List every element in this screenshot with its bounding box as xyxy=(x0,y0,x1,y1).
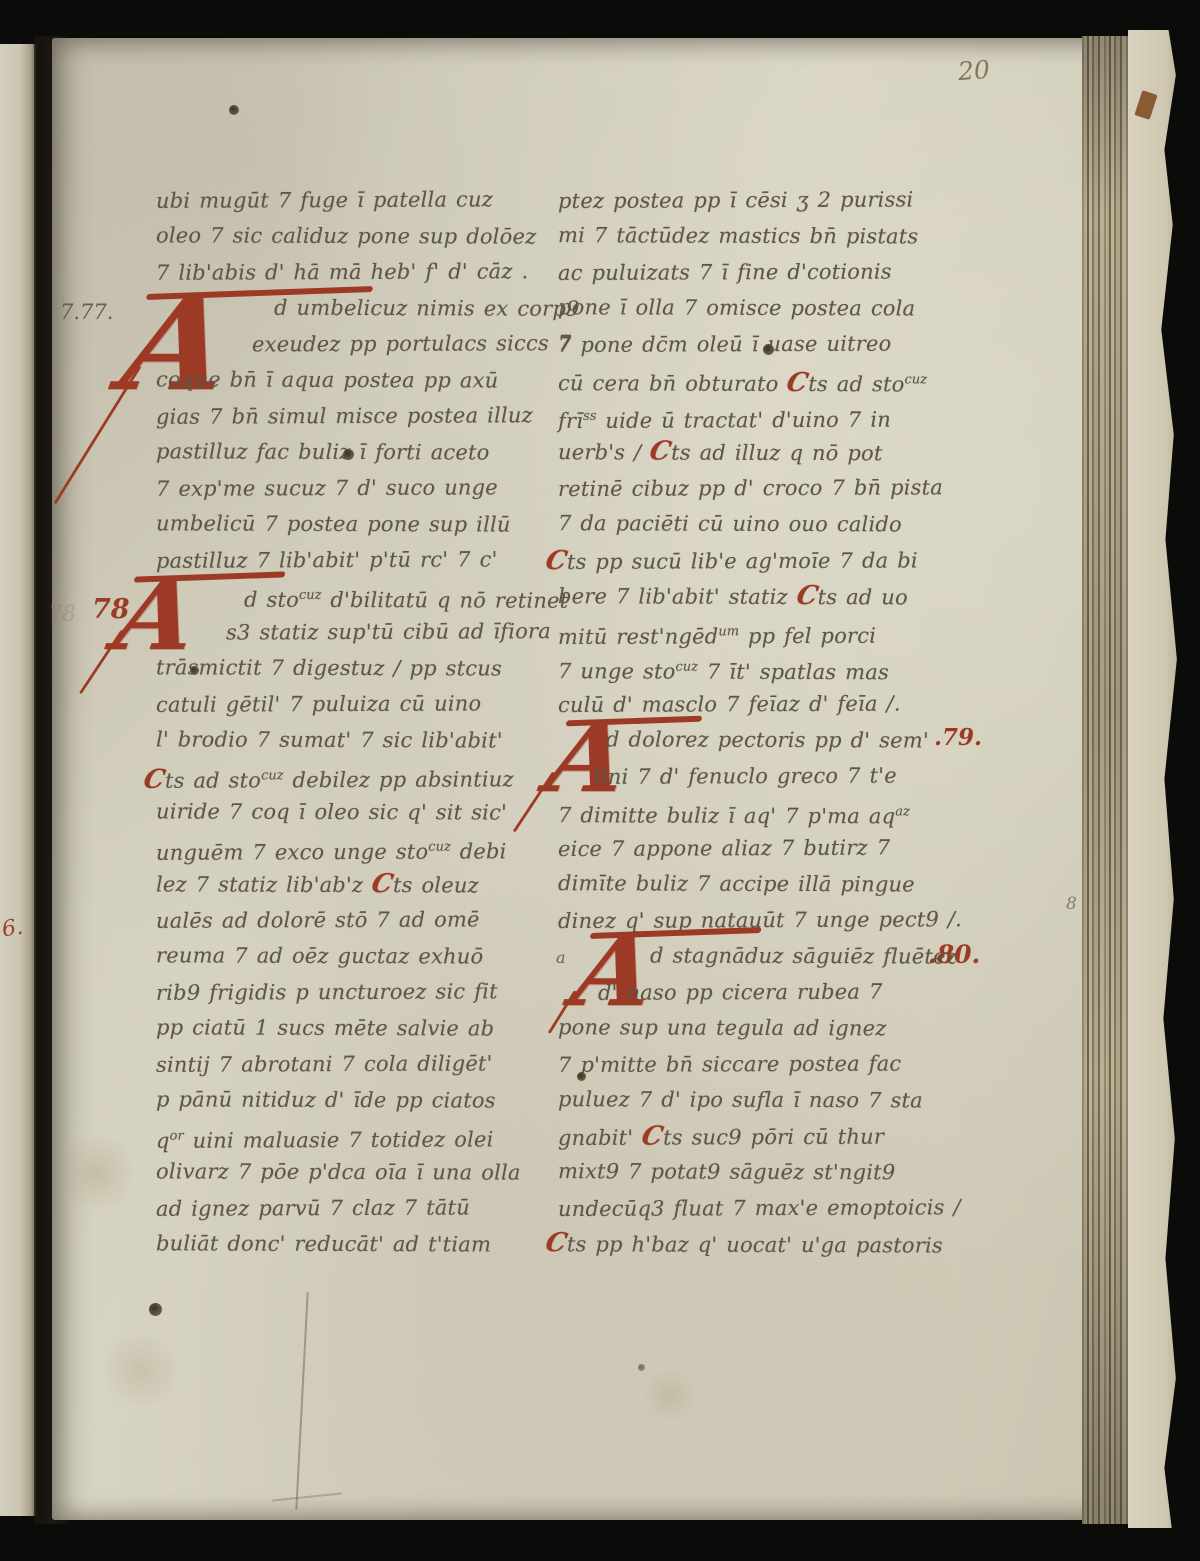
manuscript-line: Cts pp sucū lib'e ag'moīe 7 da bi xyxy=(546,541,1032,579)
manuscript-line: dinez q' sup natauūt 7 unge pect9 /. xyxy=(558,901,1032,939)
text-column-left: ubi mugūt 7 fuge ī patella cuzoleo 7 sic… xyxy=(156,182,548,1262)
manuscript-line: gias 7 bn̄ simul misce postea illuz xyxy=(156,397,548,435)
manuscript-line: lez 7 statiz lib'ab'z Cts oleuz xyxy=(156,865,548,902)
under-page-ragged-edge xyxy=(1128,30,1180,1528)
facing-page-edge xyxy=(0,44,36,1516)
manuscript-line: qor uini maluasie 7 totidez olei xyxy=(156,1117,548,1155)
manuscript-line: rib9 frigidis p uncturoez sic fit xyxy=(156,973,548,1011)
manuscript-line: uiride 7 coq ī oleo sic q' sit sic' xyxy=(156,793,548,830)
manuscript-line: culū d' masclo 7 feīaz d' feīa /. xyxy=(558,685,1032,723)
manuscript-line: d stocuz d'bilitatū q nō retinet xyxy=(156,577,548,614)
manuscript-line: reuma 7 ad oēz guctaz exhuō xyxy=(156,937,548,974)
margin-number-showthrough: 78 xyxy=(48,602,76,627)
wormhole xyxy=(577,1072,586,1081)
manuscript-line: d' naso pp cicera rubea 7 xyxy=(558,973,1032,1011)
manuscript-photo: 20 7.77. 78 78 .79. .80. a 6. 8 A A A A … xyxy=(0,0,1200,1561)
manuscript-line: gnabit' Cts suc9 pōri cū thur xyxy=(558,1117,1032,1155)
manuscript-line: l' brodio 7 sumat' 7 sic lib'abit' xyxy=(156,721,548,758)
manuscript-line: 7 lib'abis d' hā mā heb' f' d' cāz . xyxy=(156,253,548,291)
manuscript-line: d stagnāduz sāguiēz fluētez xyxy=(558,937,1032,975)
folio-number: 20 xyxy=(957,55,991,86)
manuscript-line: 7 pone dc̄m oleū ī uase uitreo xyxy=(558,325,1032,363)
manuscript-line: uerb's / Cts ad illuz q nō pot xyxy=(558,433,1032,471)
manuscript-line: frīss uide ū tractat' d'uino 7 in xyxy=(558,397,1032,435)
manuscript-line: mitū rest'ngēdum pp fel porci xyxy=(558,613,1032,651)
manuscript-line: ualēs ad dolorē stō 7 ad omē xyxy=(156,901,548,939)
manuscript-line: coque bn̄ ī aqua postea pp axū xyxy=(156,361,548,398)
manuscript-line: 7 exp'me sucuz 7 d' suco unge xyxy=(156,469,548,507)
manuscript-line: bere 7 lib'abit' statiz Cts ad uo xyxy=(558,577,1032,615)
manuscript-line: 7 dimitte buliz ī aq' 7 p'ma aqaz xyxy=(558,793,1032,831)
manuscript-line: ubi mugūt 7 fuge ī patella cuz xyxy=(156,181,548,219)
manuscript-line: lini 7 d' fenuclo greco 7 t'e xyxy=(558,757,1032,795)
manuscript-line: undecūq3 fluat 7 max'e emoptoicis / xyxy=(558,1189,1032,1227)
wormhole xyxy=(343,449,354,460)
manuscript-line: pone ī olla 7 omisce postea cola xyxy=(558,289,1032,327)
facing-page-number-fragment: 6. xyxy=(0,915,24,943)
manuscript-line: Cts pp h'baz q' uocat' u'ga pastoris xyxy=(546,1225,1032,1263)
manuscript-line: umbelicū 7 postea pone sup illū xyxy=(156,505,548,542)
manuscript-line: olivarz 7 pōe p'dca oīa ī una olla xyxy=(156,1153,548,1190)
manuscript-line: buliāt donc' reducāt' ad t'tiam xyxy=(156,1225,548,1262)
wormhole xyxy=(149,1303,162,1316)
stain xyxy=(100,1330,180,1410)
manuscript-line: ac puluizats 7 ī fine d'cotionis xyxy=(558,253,1032,291)
wormhole xyxy=(190,666,199,675)
manuscript-line: p pānū nitiduz d' īde pp ciatos xyxy=(156,1081,548,1118)
stain xyxy=(62,1128,132,1218)
manuscript-line: Cts ad stocuz debilez pp absintiuz xyxy=(144,757,548,795)
manuscript-line: d umbelicuz nimis ex corp9 xyxy=(156,289,548,326)
manuscript-line: ad ignez parvū 7 claz 7 tātū xyxy=(156,1189,548,1227)
manuscript-line: mixt9 7 potat9 sāguēz st'ngit9 xyxy=(558,1153,1032,1191)
manuscript-line: 7 p'mitte bn̄ siccare postea fac xyxy=(558,1045,1032,1083)
manuscript-line: exeudez pp portulacs siccs 7 xyxy=(156,325,548,363)
manuscript-line: mi 7 tāctūdez mastics bn̄ pistats xyxy=(558,217,1032,255)
manuscript-line: oleo 7 sic caliduz pone sup dolōez xyxy=(156,217,548,254)
manuscript-line: dimīte buliz 7 accipe illā pingue xyxy=(558,865,1032,903)
manuscript-line: eice 7 appone aliaz 7 butirz 7 xyxy=(558,829,1032,867)
margin-section-number-77: 7.77. xyxy=(60,300,113,324)
manuscript-line: pastilluz 7 lib'abit' p'tū rc' 7 c' xyxy=(156,541,548,579)
wormhole xyxy=(229,105,239,115)
manuscript-line: catuli gētil' 7 puluiza cū uino xyxy=(156,685,548,723)
wormhole xyxy=(638,1364,645,1371)
text-column-right: ptez postea pp ī cēsi ʒ 2 purissimi 7 tā… xyxy=(558,182,1032,1262)
manuscript-line: s3 statiz sup'tū cibū ad īfiora xyxy=(156,613,548,651)
manuscript-line: puluez 7 d' ipo sufla ī naso 7 sta xyxy=(558,1081,1032,1119)
manuscript-line: 7 unge stocuz 7 īt' spatlas mas xyxy=(558,649,1032,687)
manuscript-line: ptez postea pp ī cēsi ʒ 2 purissi xyxy=(558,181,1032,219)
stain xyxy=(640,1370,700,1420)
manuscript-line: trāsmictit 7 digestuz / pp stcus xyxy=(156,649,548,686)
manuscript-line: sintij 7 abrotani 7 cola diligēt' xyxy=(156,1045,548,1083)
wormhole xyxy=(763,344,774,355)
manuscript-line: retinē cibuz pp d' croco 7 bn̄ pista xyxy=(558,469,1032,507)
manuscript-line: 7 da paciēti cū uino ouo calido xyxy=(558,505,1032,543)
manuscript-line: pp ciatū 1 sucs mēte salvie ab xyxy=(156,1009,548,1046)
fore-edge-number-fragment: 8 xyxy=(1066,894,1077,914)
manuscript-line: d dolorez pectoris pp d' sem' xyxy=(558,721,1032,759)
manuscript-line: cū cera bn̄ obturato Cts ad stocuz xyxy=(558,361,1032,399)
manuscript-line: unguēm 7 exco unge stocuz debi xyxy=(156,829,548,867)
manuscript-line: pone sup una tegula ad ignez xyxy=(558,1009,1032,1047)
